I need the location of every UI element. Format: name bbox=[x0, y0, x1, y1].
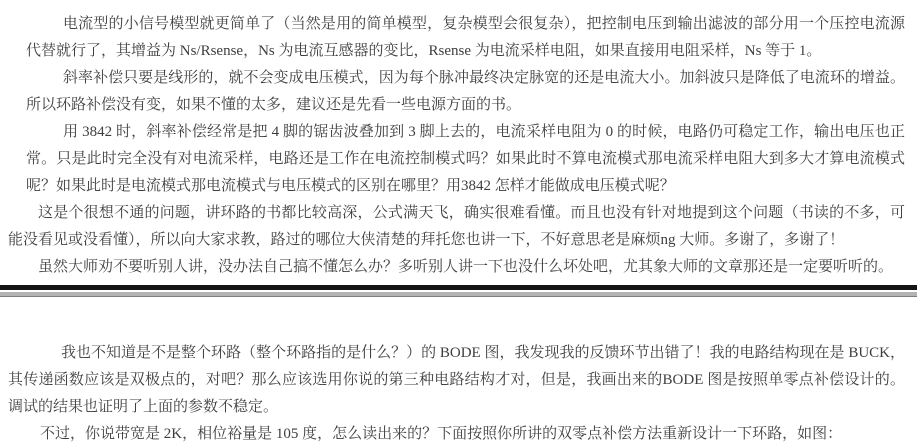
bottom-paragraph-1: 我也不知道是不是整个环路（整个环路指的是什么？）的 BODE 图，我发现我的反馈… bbox=[8, 340, 905, 421]
bottom-paragraph-2: 不过，你说带宽是 2K，相位裕量是 105 度，怎么读出来的？下面按照你所讲的双… bbox=[8, 421, 905, 448]
reply-paragraph-1: 这是个很想不通的问题，讲环路的书都比较高深，公式满天飞，确实很难看懂。而且也没有… bbox=[8, 200, 905, 254]
reply-text-block: 这是个很想不通的问题，讲环路的书都比较高深，公式满天飞，确实很难看懂。而且也没有… bbox=[8, 200, 905, 281]
bottom-text-block: 我也不知道是不是整个环路（整个环路指的是什么？）的 BODE 图，我发现我的反馈… bbox=[8, 340, 905, 448]
quoted-text-block: 电流型的小信号模型就更简单了（当然是用的简单模型，复杂模型会很复杂），把控制电压… bbox=[26, 11, 905, 200]
quote-paragraph-2: 斜率补偿只要是线形的，就不会变成电压模式，因为每个脉冲最终决定脉宽的还是电流大小… bbox=[26, 65, 905, 119]
divider-gray-bar bbox=[0, 292, 917, 297]
post-bottom: 我也不知道是不是整个环路（整个环路指的是什么？）的 BODE 图，我发现我的反馈… bbox=[0, 340, 917, 448]
reply-paragraph-2: 虽然大师劝不要听别人讲，没办法自己搞不懂怎么办？多听别人讲一下也没什么坏处吧，尤… bbox=[8, 254, 905, 281]
quote-paragraph-3: 用 3842 时，斜率补偿经常是把 4 脚的锯齿波叠加到 3 脚上去的，电流采样… bbox=[26, 119, 905, 200]
quote-paragraph-1: 电流型的小信号模型就更简单了（当然是用的简单模型，复杂模型会很复杂），把控制电压… bbox=[26, 11, 905, 65]
post-divider bbox=[0, 285, 917, 297]
post-top: 电流型的小信号模型就更简单了（当然是用的简单模型，复杂模型会很复杂），把控制电压… bbox=[0, 11, 917, 281]
forum-thread-page: { "page": { "background_color": "#ffffff… bbox=[0, 0, 917, 448]
